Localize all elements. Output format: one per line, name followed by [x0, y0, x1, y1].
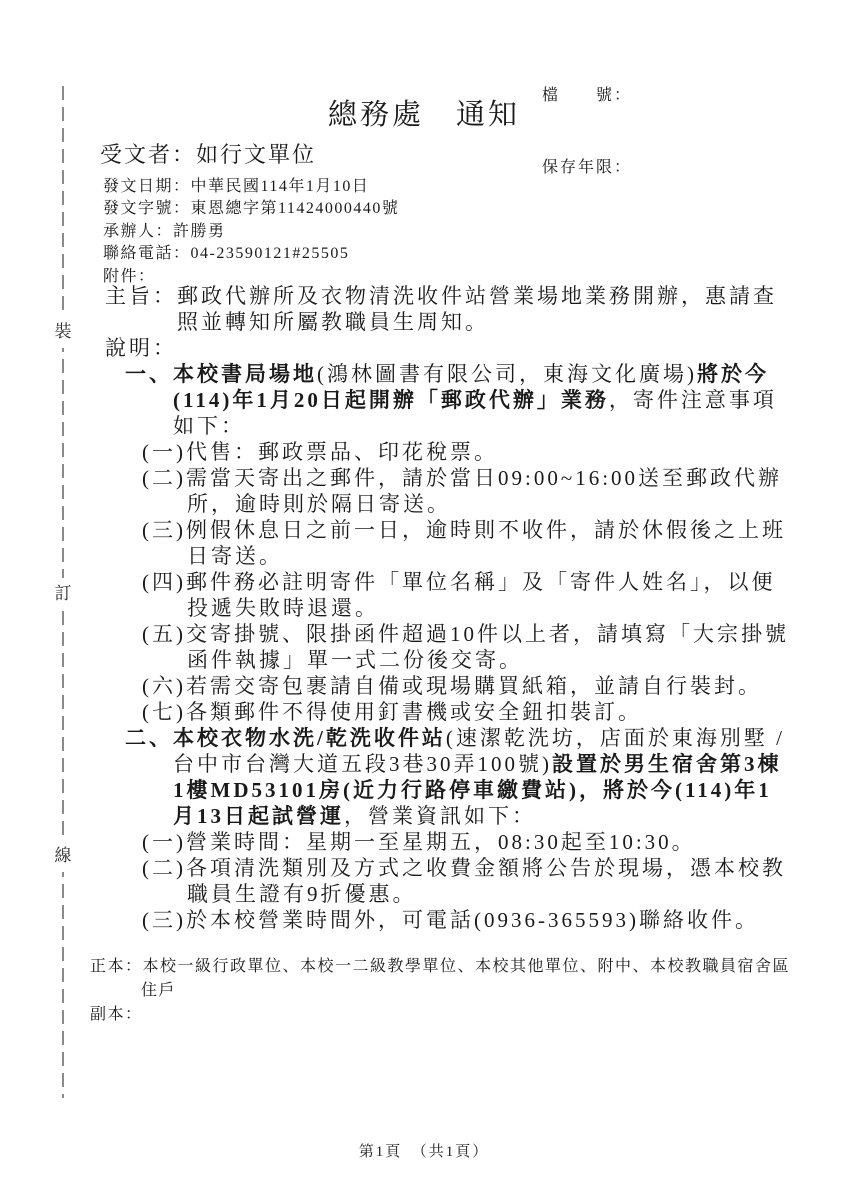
subitem-number: (四): [142, 570, 186, 594]
subitem-number: (二): [142, 856, 186, 880]
subitem-number: (二): [142, 466, 186, 490]
subitem-text: 各項清洗類別及方式之收費金額將公告於現場，憑本校教職員生證有9折優惠。: [186, 856, 786, 906]
explanation-item: 二、本校衣物水洗/乾洗收件站(速潔乾洗坊，店面於東海別墅 / 台中市台灣大道五段…: [125, 725, 789, 829]
explanation-item: 一、本校書局場地(鴻林圖書有限公司，東海文化廣場)將於今(114)年1月20日起…: [125, 361, 789, 439]
subject-paragraph: 主旨：郵政代辦所及衣物清洗收件站營業場地業務開辦，惠請查照並轉知所屬教職員生周知…: [105, 283, 789, 335]
subitem-number: (七): [142, 700, 186, 724]
explanation-subitem: (七)各類郵件不得使用釘書機或安全鈕扣裝訂。: [142, 699, 789, 725]
retention-period-label: 保存年限：: [542, 156, 632, 180]
subitem-number: (五): [142, 622, 186, 646]
subitem-text: 於本校營業時間外，可電話(0936-365593)聯絡收件。: [186, 908, 759, 932]
explanation-subitem: (二)需當天寄出之郵件，請於當日09:00~16:00送至郵政代辦所，逾時則於隔…: [142, 465, 789, 517]
explanation-subitem: (三)於本校營業時間外，可電話(0936-365593)聯絡收件。: [142, 907, 789, 933]
binding-mark-xian: 線: [52, 840, 74, 872]
subject-label: 主旨：: [105, 284, 177, 308]
original-copy-text: 本校一級行政單位、本校一二級教學單位、本校其他單位、附中、本校教職員宿舍區住戶: [141, 958, 790, 999]
explanation-label: 說明：: [105, 335, 789, 361]
item-text-run-bold: 本校衣物水洗/乾洗收件站: [173, 726, 446, 750]
subitem-number: (三): [142, 518, 186, 542]
distribution-block: 正本：本校一級行政單位、本校一二級教學單位、本校其他單位、附中、本校教職員宿舍區…: [90, 955, 796, 1027]
document-meta: 發文日期：中華民國114年1月10日 發文字號：東恩總字第11424000440…: [103, 176, 399, 288]
subitem-text: 需當天寄出之郵件，請於當日09:00~16:00送至郵政代辦所，逾時則於隔日寄送…: [186, 466, 782, 516]
binding-mark-ding: 訂: [52, 578, 74, 610]
subitem-number: (一): [142, 440, 186, 464]
page-number-footer: 第1頁 （共1頁）: [0, 1140, 848, 1161]
explanation-subitem: (六)若需交寄包裹請自備或現場購買紙箱，並請自行裝封。: [142, 673, 789, 699]
subitem-text: 營業時間：星期一至星期五，08:30起至10:30。: [186, 830, 696, 854]
document-body: 主旨：郵政代辦所及衣物清洗收件站營業場地業務開辦，惠請查照並轉知所屬教職員生周知…: [105, 283, 789, 933]
binding-mark-zhuang: 裝: [52, 316, 74, 348]
document-title: 總務處 通知: [0, 92, 848, 133]
item-number: 一、: [125, 362, 173, 386]
subitem-text: 代售：郵政票品、印花稅票。: [186, 440, 498, 464]
subitem-number: (六): [142, 674, 186, 698]
explanation-subitem: (一)代售：郵政票品、印花稅票。: [142, 439, 789, 465]
issue-date-line: 發文日期：中華民國114年1月10日: [103, 176, 399, 198]
subitem-text: 例假休息日之前一日，逾時則不收件，請於休假後之上班日寄送。: [186, 518, 786, 568]
subject-text: 郵政代辦所及衣物清洗收件站營業場地業務開辦，惠請查照並轉知所屬教職員生周知。: [177, 284, 777, 334]
contact-phone-line: 聯絡電話：04-23590121#25505: [103, 243, 399, 265]
carbon-copy-label: 副本：: [90, 1006, 143, 1023]
subitem-text: 交寄掛號、限掛函件超過10件以上者，請填寫「大宗掛號函件執據」單一式二份後交寄。: [186, 622, 789, 672]
explanation-items: 一、本校書局場地(鴻林圖書有限公司，東海文化廣場)將於今(114)年1月20日起…: [105, 361, 789, 933]
item-text-run: ，營業資訊如下：: [344, 804, 536, 828]
explanation-subitem: (二)各項清洗類別及方式之收費金額將公告於現場，憑本校教職員生證有9折優惠。: [142, 855, 789, 907]
explanation-subitem: (三)例假休息日之前一日，逾時則不收件，請於休假後之上班日寄送。: [142, 517, 789, 569]
carbon-copy-line: 副本：: [90, 1003, 796, 1027]
explanation-subitem: (四)郵件務必註明寄件「單位名稱」及「寄件人姓名」，以便投遞失敗時退還。: [142, 569, 789, 621]
item-text-run: (鴻林圖書有限公司，東海文化廣場): [317, 362, 697, 386]
explanation-subitem: (一)營業時間：星期一至星期五，08:30起至10:30。: [142, 829, 789, 855]
subitem-text: 若需交寄包裹請自備或現場購買紙箱，並請自行裝封。: [186, 674, 762, 698]
item-number: 二、: [125, 726, 173, 750]
subitem-number: (三): [142, 908, 186, 932]
original-copy-label: 正本：: [90, 958, 143, 975]
handler-line: 承辦人：許勝勇: [103, 221, 399, 243]
subitem-text: 各類郵件不得使用釘書機或安全鈕扣裝訂。: [186, 700, 642, 724]
subitem-text: 郵件務必註明寄件「單位名稱」及「寄件人姓名」，以便投遞失敗時退還。: [186, 570, 776, 620]
official-notice-page: 裝 訂 線 檔 號： 保存年限： 總務處 通知 受文者：如行文單位 發文日期：中…: [0, 0, 848, 1200]
reference-number-line: 發文字號：東恩總字第11424000440號: [103, 198, 399, 220]
recipient-line: 受文者：如行文單位: [100, 138, 316, 169]
original-copy-line: 正本：本校一級行政單位、本校一二級教學單位、本校其他單位、附中、本校教職員宿舍區…: [90, 955, 796, 1003]
explanation-subitem: (五)交寄掛號、限掛函件超過10件以上者，請填寫「大宗掛號函件執據」單一式二份後…: [142, 621, 789, 673]
subitem-number: (一): [142, 830, 186, 854]
item-text-run-bold: 本校書局場地: [173, 362, 317, 386]
